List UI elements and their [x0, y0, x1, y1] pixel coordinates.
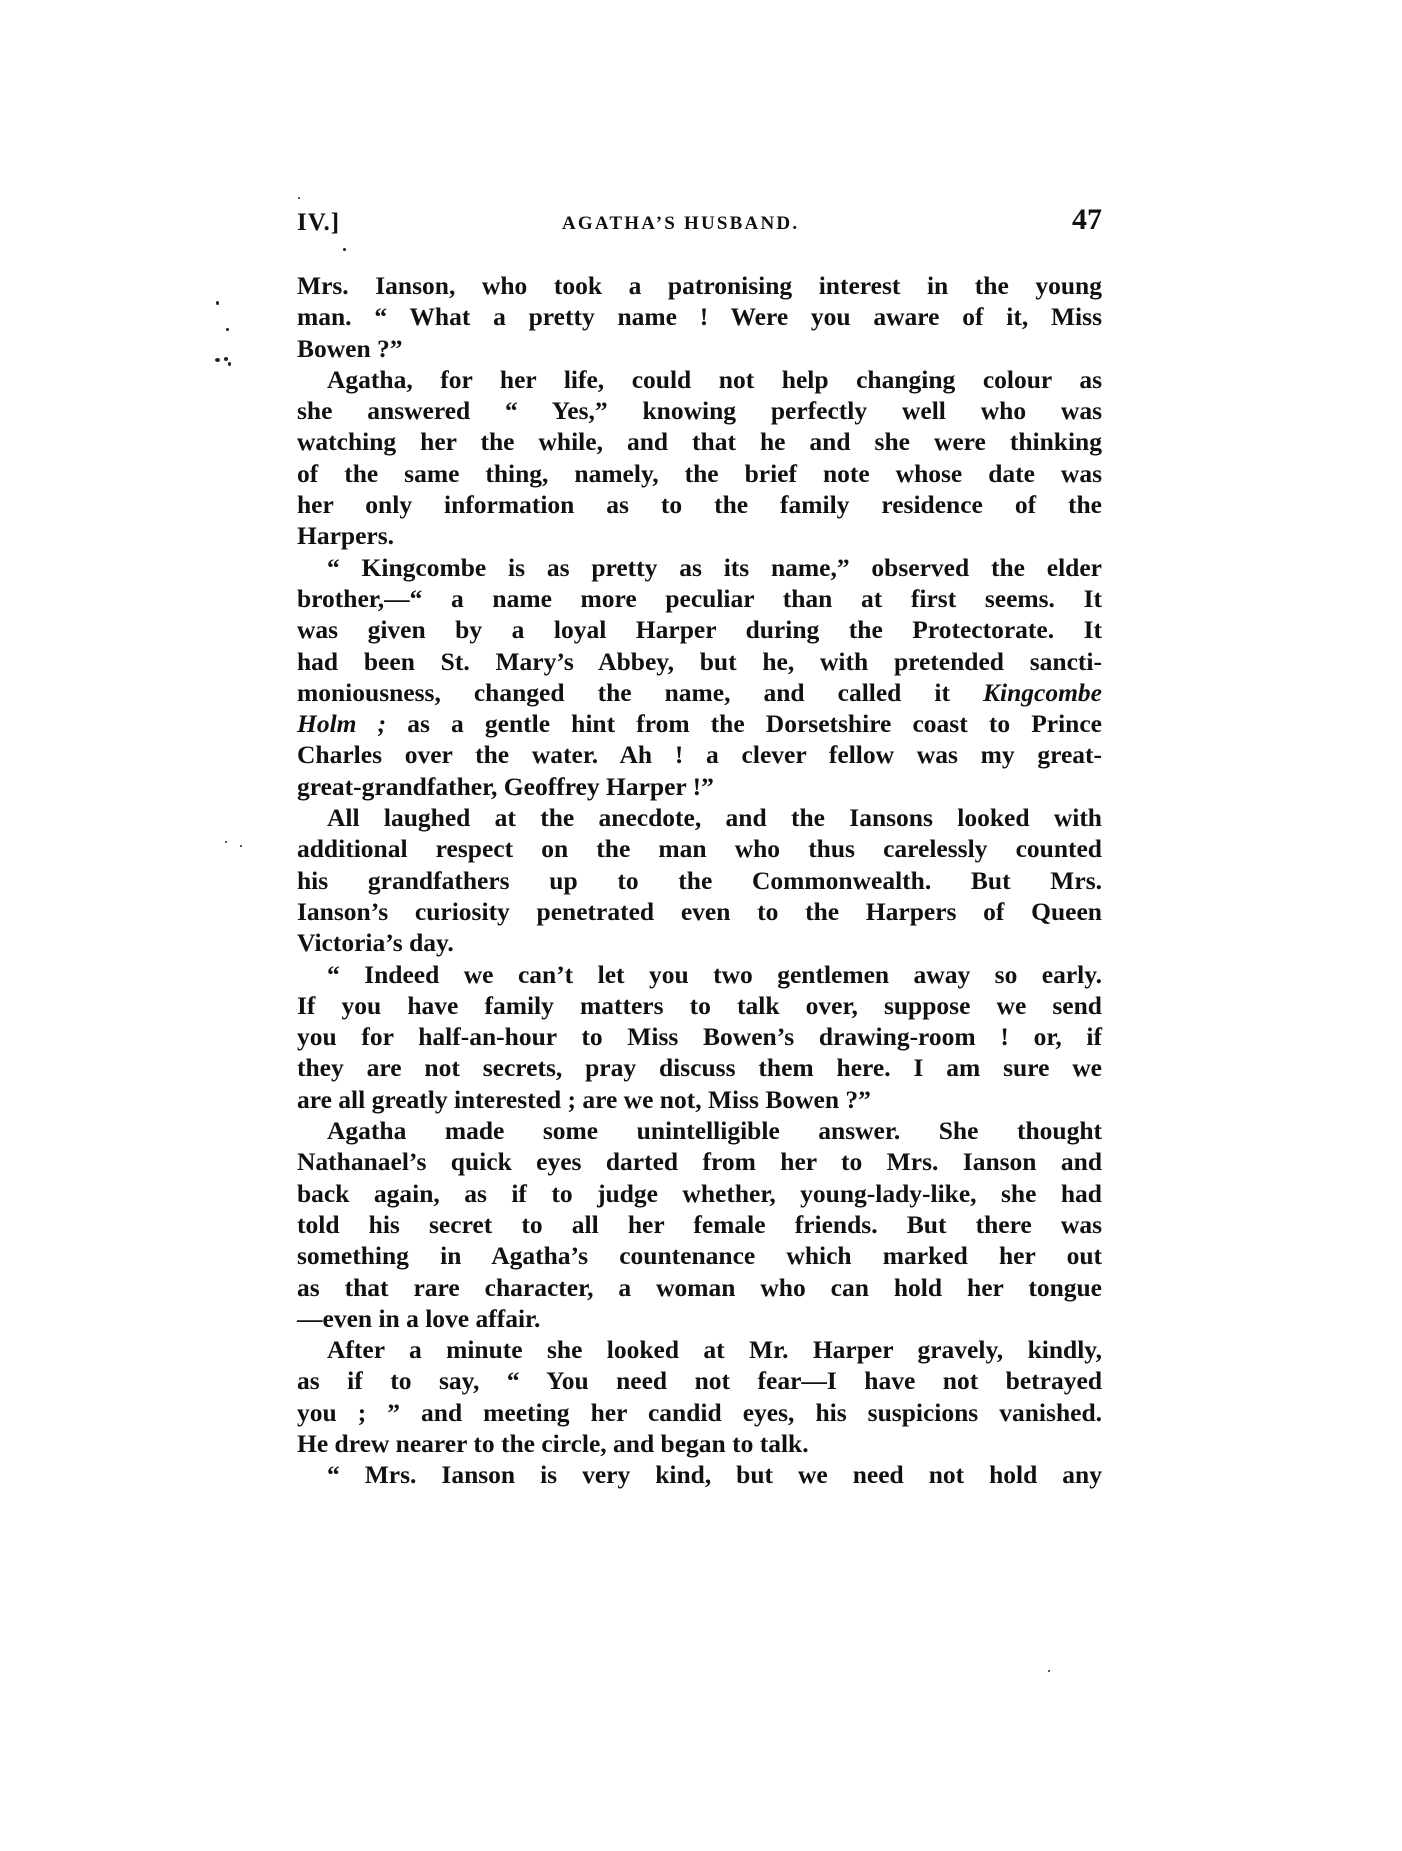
- text-line: are all greatly interested ; are we not,…: [297, 1084, 1102, 1115]
- text-line: great-grandfather, Geoffrey Harper !”: [297, 771, 1102, 802]
- text-line: they are not secrets, pray discuss them …: [297, 1052, 1102, 1083]
- text-line: as that rare character, a woman who can …: [297, 1272, 1102, 1303]
- scan-speck: [216, 301, 219, 305]
- scan-speck: [298, 197, 300, 199]
- text-line: Agatha made some unintelligible answer. …: [297, 1115, 1102, 1146]
- text-line: Ianson’s curiosity penetrated even to th…: [297, 896, 1102, 927]
- scan-speck: [225, 841, 227, 843]
- text-line: —even in a love affair.: [297, 1303, 1102, 1334]
- scan-speck: [215, 358, 220, 362]
- text-line: brother,—“ a name more peculiar than at …: [297, 583, 1102, 614]
- running-head: IV.] AGATHA’S HUSBAND. 47: [297, 203, 1102, 239]
- page-number: 47: [1072, 203, 1102, 237]
- scan-speck: [228, 362, 231, 366]
- body-text: Mrs. Ianson, who took a patronising inte…: [297, 270, 1102, 1491]
- text-line: she answered “ Yes,” knowing perfectly w…: [297, 395, 1102, 426]
- text-line: man. “ What a pretty name ! Were you awa…: [297, 301, 1102, 332]
- text-line: you ; ” and meeting her candid eyes, his…: [297, 1397, 1102, 1428]
- text-line: you for half-an-hour to Miss Bowen’s dra…: [297, 1021, 1102, 1052]
- running-title: AGATHA’S HUSBAND.: [562, 213, 799, 235]
- text-line: He drew nearer to the circle, and began …: [297, 1428, 1102, 1459]
- scan-speck: [226, 328, 229, 331]
- text-line: of the same thing, namely, the brief not…: [297, 458, 1102, 489]
- text-line: as if to say, “ You need not fear—I have…: [297, 1365, 1102, 1396]
- book-page: IV.] AGATHA’S HUSBAND. 47 Mrs. Ianson, w…: [0, 0, 1402, 1851]
- text-line: Mrs. Ianson, who took a patronising inte…: [297, 270, 1102, 301]
- text-line: Victoria’s day.: [297, 927, 1102, 958]
- italic-text: Holm ;: [297, 709, 386, 738]
- text-line: Bowen ?”: [297, 333, 1102, 364]
- text-line: “ Indeed we can’t let you two gentlemen …: [297, 959, 1102, 990]
- scan-speck: [224, 357, 228, 361]
- text-line: After a minute she looked at Mr. Harper …: [297, 1334, 1102, 1365]
- text-line: something in Agatha’s countenance which …: [297, 1240, 1102, 1271]
- text-line: told his secret to all her female friend…: [297, 1209, 1102, 1240]
- chapter-number: IV.]: [297, 209, 340, 237]
- text-line: If you have family matters to talk over,…: [297, 990, 1102, 1021]
- text-line: her only information as to the family re…: [297, 489, 1102, 520]
- text-line: “ Mrs. Ianson is very kind, but we need …: [297, 1459, 1102, 1490]
- text-line: moniousness, changed the name, and calle…: [297, 677, 1102, 708]
- text-line: additional respect on the man who thus c…: [297, 833, 1102, 864]
- scan-speck: [343, 248, 346, 251]
- scan-speck: [240, 845, 242, 847]
- text-line: Holm ; as a gentle hint from the Dorsets…: [297, 708, 1102, 739]
- text-line: Charles over the water. Ah ! a clever fe…: [297, 739, 1102, 770]
- text-line: Nathanael’s quick eyes darted from her t…: [297, 1146, 1102, 1177]
- italic-text: Kingcombe: [983, 678, 1102, 707]
- text-line: was given by a loyal Harper during the P…: [297, 614, 1102, 645]
- text-line: Harpers.: [297, 520, 1102, 551]
- text-line: “ Kingcombe is as pretty as its name,” o…: [297, 552, 1102, 583]
- text-line: Agatha, for her life, could not help cha…: [297, 364, 1102, 395]
- text-line: had been St. Mary’s Abbey, but he, with …: [297, 646, 1102, 677]
- text-line: his grandfathers up to the Commonwealth.…: [297, 865, 1102, 896]
- text-line: All laughed at the anecdote, and the Ian…: [297, 802, 1102, 833]
- text-line: back again, as if to judge whether, youn…: [297, 1178, 1102, 1209]
- scan-speck: [1048, 1670, 1050, 1672]
- text-line: watching her the while, and that he and …: [297, 426, 1102, 457]
